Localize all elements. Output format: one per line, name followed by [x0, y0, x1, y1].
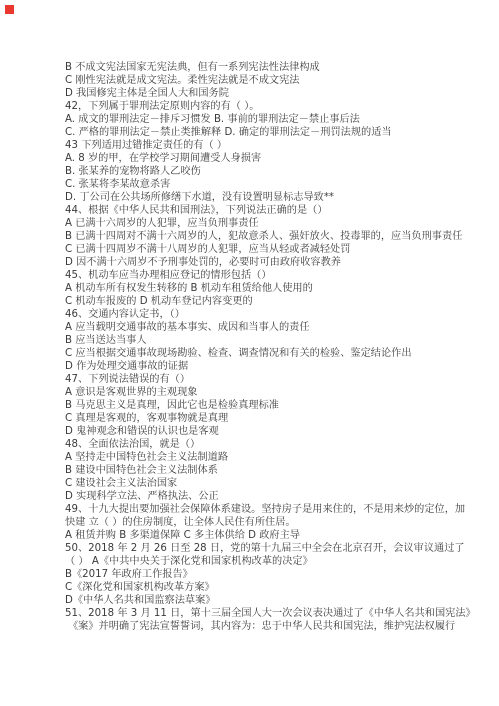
- doc-line: C 已满十四周岁不满十八周岁的人犯罪，应当从轻或者减轻处罚: [65, 243, 465, 256]
- doc-line: B 建设中国特色社会主义法制体系: [65, 464, 465, 477]
- doc-line: B 已满十四周对不满十六周岁的人，犯故意杀人、强奸放火、投毒罪的，应当负刑事责任: [65, 230, 465, 243]
- doc-line-question-44: 44、根据《中华人民共和国刑法》，下列说法正确的是（）: [65, 204, 465, 217]
- doc-line-question-49: 49、十九大提出要加强社会保障体系建设。坚持房子是用来住的，不是用来炒的定位，加: [65, 503, 465, 516]
- doc-line: A. 成文的罪刑法定－排斥习惯发 B. 事前的罪刑法定－禁止事后法: [65, 113, 465, 126]
- doc-line: C. 严格的罪刑法定－禁止类推解释 D. 确定的罪刑法定－刑罚法规的适当: [65, 126, 465, 139]
- doc-line: C 建设社会主义法治国家: [65, 477, 465, 490]
- doc-line: （ ） A《中共中央关于深化党和国家机构改革的决定》: [65, 555, 465, 568]
- doc-line: A 应当载明交通事故的基本事实、成因和当事人的责任: [65, 321, 465, 334]
- doc-line: C 刚性宪法就是成文宪法。柔性宪法就是不成文宪法: [65, 74, 465, 87]
- doc-line: 快建 立（ ）的住房制度，让全体人民住有所住居。: [65, 516, 465, 529]
- doc-line-question-45: 45、机动车应当办理相应登记的情形包括（）: [65, 269, 465, 282]
- doc-line: C. 张某将李某故意杀害: [65, 178, 465, 191]
- doc-line: A. 8 岁的甲，在学校学习期间遭受人身损害: [65, 152, 465, 165]
- doc-line: B 不成文宪法国家无宪法典，但有一系列宪法性法律构成: [65, 61, 465, 74]
- doc-line: D 我国修宪主体是全国人大和国务院: [65, 87, 465, 100]
- doc-line: C《深化党和国家机构改革方案》: [65, 581, 465, 594]
- doc-line: C 应当根据交通事故现场勘验、检查、调查情况和有关的检验、鉴定结论作出: [65, 347, 465, 360]
- doc-line: D 鬼神观念和错误的认识也是客观: [65, 425, 465, 438]
- doc-line-question-48: 48、全面依法治国，就是（）: [65, 438, 465, 451]
- doc-line: B《2017 年政府工作报告》: [65, 568, 465, 581]
- document-page: B 不成文宪法国家无宪法典，但有一系列宪法性法律构成 C 刚性宪法就是成文宪法。…: [65, 61, 465, 633]
- doc-line-question-47: 47、下列说法错误的有（）: [65, 373, 465, 386]
- doc-line-question-51: 51、2018 年 3 月 11 日，第十三届全国人大一次会议表决通过了《中华人…: [65, 607, 465, 620]
- doc-line-question-46: 46、交通内容认定书，（）: [65, 308, 465, 321]
- doc-line: A 坚持走中国特色社会主义法制道路: [65, 451, 465, 464]
- doc-line: B. 张某养的宠物将路人乙咬伤: [65, 165, 465, 178]
- doc-line-question-42: 42，下列属于罪刑法定原则内容的有（ ）。: [65, 100, 465, 113]
- doc-line: D 因不满十六周岁不予刑事处罚的，必要时可由政府收容教养: [65, 256, 465, 269]
- doc-line: C 真理是客观的，客观事物就是真理: [65, 412, 465, 425]
- doc-line: D《中华人名共和国监察法草案》: [65, 594, 465, 607]
- doc-line: A 已满十六周岁的人犯罪，应当负刑事责任: [65, 217, 465, 230]
- doc-line: D 实现科学立法、严格执法、公正: [65, 490, 465, 503]
- doc-line: B 应当送达当事人: [65, 334, 465, 347]
- doc-line: A 租赁并购 B 多渠道保障 C 多主体供给 D 政府主导: [65, 529, 465, 542]
- doc-line: D. 丁公司在公共场所修缮下水道，没有设置明显标志导致**: [65, 191, 465, 204]
- doc-line: A 意识是客观世界的主观现象: [65, 386, 465, 399]
- doc-line: 《案》并明确了宪法宣誓誓词，其内容为：忠于中华人民共和国宪法，维护宪法权履行: [65, 620, 465, 633]
- doc-line: C 机动车报废的 D 机动车登记内容变更的: [65, 295, 465, 308]
- red-marker-icon: [5, 5, 14, 14]
- doc-line: B 马克思主义是真理，因此它也是检验真理标准: [65, 399, 465, 412]
- doc-line-question-50: 50、2018 年 2 月 26 日至 28 日，党的第十九届三中全会在北京召开…: [65, 542, 465, 555]
- doc-line-question-43: 43 下列适用过错推定责任的有（ ）: [65, 139, 465, 152]
- doc-line: A 机动车所有权发生转移的 B 机动车租赁给他人使用的: [65, 282, 465, 295]
- doc-line: D 作为处理交通事故的证据: [65, 360, 465, 373]
